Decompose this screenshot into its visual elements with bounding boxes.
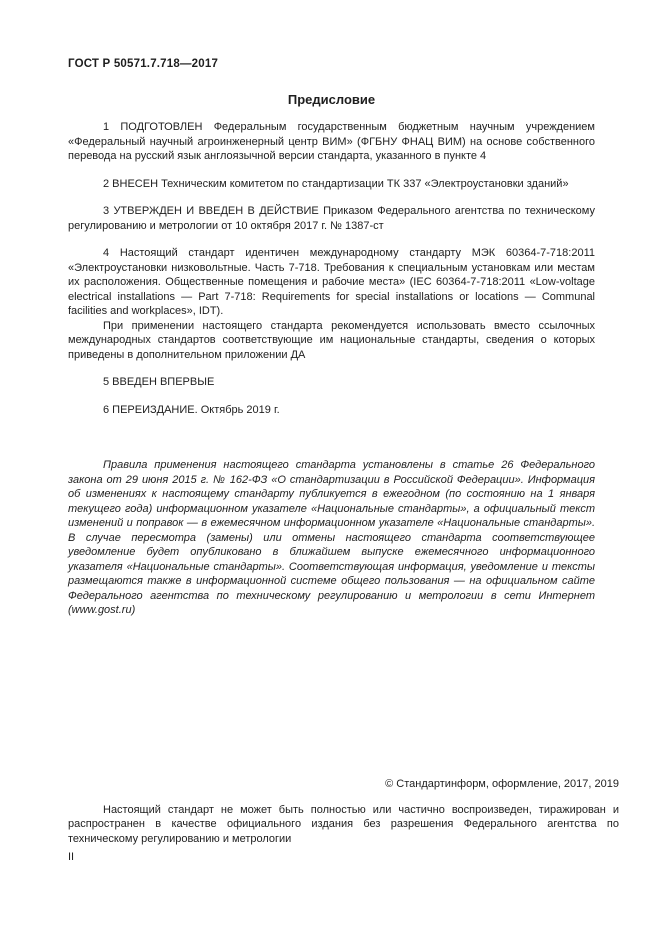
foreword-paragraph-4: 4 Настоящий стандарт идентичен междунаро… [68,246,595,319]
reproduction-restriction-notice: Настоящий стандарт не может быть полност… [68,803,619,847]
legal-application-notice: Правила применения настоящего стандарта … [68,458,595,618]
foreword-paragraph-5: 5 ВВЕДЕН ВПЕРВЫЕ [68,375,595,390]
section-title: Предисловие [68,93,595,108]
document-page: ГОСТ Р 50571.7.718—2017 Предисловие 1 ПО… [0,0,661,935]
foreword-paragraph-1: 1 ПОДГОТОВЛЕН Федеральным государственны… [68,120,595,164]
page-footer: © Стандартинформ, оформление, 2017, 2019… [68,777,619,865]
page-number: II [68,850,619,865]
document-number: ГОСТ Р 50571.7.718—2017 [68,57,595,72]
foreword-paragraph-3: 3 УТВЕРЖДЕН И ВВЕДЕН В ДЕЙСТВИЕ Приказом… [68,204,595,233]
copyright-line: © Стандартинформ, оформление, 2017, 2019 [68,777,619,792]
foreword-paragraph-4-continuation: При применении настоящего стандарта реко… [68,319,595,363]
foreword-paragraph-6: 6 ПЕРЕИЗДАНИЕ. Октябрь 2019 г. [68,403,595,418]
foreword-paragraph-2: 2 ВНЕСЕН Техническим комитетом по станда… [68,177,595,192]
